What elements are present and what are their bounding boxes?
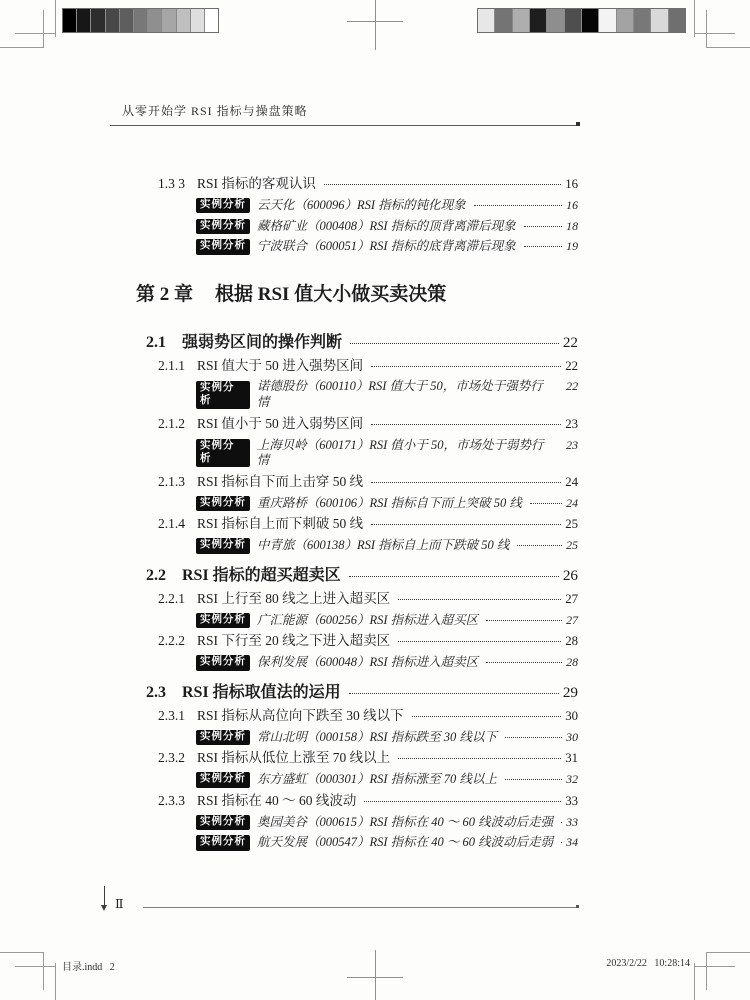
entry-title: 常山北明（000158）RSI 指标跌至 30 线以下 <box>257 730 497 746</box>
toc-entry: 实例分析藏格矿业（000408）RSI 指标的顶背离滞后现象18 <box>196 219 578 235</box>
entry-title: 广汇能源（600256）RSI 指标进入超买区 <box>257 613 478 629</box>
example-badge: 实例分析 <box>196 772 250 788</box>
color-swatch <box>134 9 148 32</box>
color-swatch <box>191 9 205 32</box>
entry-title: 上海贝岭（600171）RSI 值小于 50，市场处于弱势行情 <box>257 438 554 469</box>
entry-number: 2.2 <box>146 566 166 586</box>
slug-timestamp: 2023/2/22 10:28:14 <box>606 958 690 969</box>
entry-number: 2.1.2 <box>158 416 185 433</box>
footer-rule-end-dot <box>576 905 579 908</box>
dot-leader <box>371 482 561 483</box>
grayscale-gradient-bar <box>62 8 219 33</box>
down-arrow-icon <box>104 886 105 906</box>
toc-entry: 1.3 3RSI 指标的客观认识16 <box>158 176 578 193</box>
page-number: 33 <box>565 793 578 809</box>
entry-number: 2.1.3 <box>158 474 185 491</box>
color-swatch <box>106 9 120 32</box>
color-swatch <box>63 9 77 32</box>
entry-number: 1.3 3 <box>158 176 185 193</box>
color-swatch <box>120 9 134 32</box>
page-number: 30 <box>565 708 578 724</box>
dot-leader <box>561 822 562 823</box>
color-swatch <box>77 9 91 32</box>
entry-title: 诺德股份（600110）RSI 值大于 50，市场处于强势行情 <box>257 379 554 410</box>
entry-title: RSI 指标自下而上击穿 50 线 <box>197 474 363 491</box>
toc-entry: 实例分析常山北明（000158）RSI 指标跌至 30 线以下30 <box>196 730 578 746</box>
page-number: 16 <box>565 176 578 192</box>
dot-leader <box>398 641 561 642</box>
toc-entry: 实例分析保利发展（600048）RSI 指标进入超卖区28 <box>196 655 578 671</box>
entry-number: 2.3 <box>146 683 166 703</box>
entry-title: 藏格矿业（000408）RSI 指标的顶背离滞后现象 <box>257 219 516 235</box>
toc-entry: 2.2.2RSI 下行至 20 线之下进入超卖区28 <box>158 633 578 650</box>
color-swatch <box>530 9 547 32</box>
dot-leader <box>371 366 561 367</box>
entry-title: RSI 指标从高位向下跌至 30 线以下 <box>197 708 404 725</box>
page-number: 16 <box>566 198 578 213</box>
chapter-number: 第 2 章 <box>136 283 193 307</box>
entry-title: RSI 指标的超买超卖区 <box>182 566 341 586</box>
dot-leader <box>371 524 561 525</box>
dot-leader <box>349 576 559 577</box>
entry-title: RSI 指标自上而下刺破 50 线 <box>197 516 363 533</box>
color-swatch <box>162 9 176 32</box>
folio-page-number: Ⅱ <box>115 896 125 912</box>
page-number: 23 <box>565 416 578 432</box>
page-number: 23 <box>566 438 578 453</box>
page-number: 34 <box>566 835 578 850</box>
dot-leader <box>517 545 562 546</box>
dot-leader <box>486 662 562 663</box>
entry-title: 宁波联合（600051）RSI 指标的底背离滞后现象 <box>257 239 516 255</box>
color-swatch <box>177 9 191 32</box>
toc-entry: 实例分析重庆路桥（600106）RSI 指标自下而上突破 50 线24 <box>196 496 578 512</box>
example-badge: 实例分析 <box>196 219 250 235</box>
dot-leader <box>349 693 559 694</box>
color-swatch <box>205 9 218 32</box>
color-swatch <box>599 9 616 32</box>
example-badge: 实例分析 <box>196 439 250 467</box>
toc-entry: 2.2.1RSI 上行至 80 线之上进入超买区27 <box>158 591 578 608</box>
color-swatch <box>91 9 105 32</box>
toc-entry: 2.1.3RSI 指标自下而上击穿 50 线24 <box>158 474 578 491</box>
page-number: 19 <box>566 239 578 254</box>
entry-number: 2.1.4 <box>158 516 185 533</box>
toc-entry: 2.1.4RSI 指标自上而下刺破 50 线25 <box>158 516 578 533</box>
toc-entry: 实例分析宁波联合（600051）RSI 指标的底背离滞后现象19 <box>196 239 578 255</box>
dot-leader <box>364 801 561 802</box>
dot-leader <box>530 503 562 504</box>
example-badge: 实例分析 <box>196 496 250 512</box>
entry-title: RSI 指标取值法的运用 <box>182 683 341 703</box>
toc-entry: 2.3.3RSI 指标在 40 ～ 60 线波动33 <box>158 793 578 810</box>
dot-leader <box>474 205 562 206</box>
entry-number: 2.3.1 <box>158 708 185 725</box>
entry-title: RSI 上行至 80 线之上进入超买区 <box>197 591 390 608</box>
color-swatch <box>495 9 512 32</box>
dot-leader <box>324 184 561 185</box>
dot-leader <box>412 716 562 717</box>
dot-leader <box>524 226 562 227</box>
entry-title: RSI 下行至 20 线之下进入超卖区 <box>197 633 390 650</box>
toc-entry: 2.1.2RSI 值小于 50 进入弱势区间23 <box>158 416 578 433</box>
entry-number: 2.3.3 <box>158 793 185 810</box>
chapter-title: 根据 RSI 值大小做买卖决策 <box>215 283 446 307</box>
example-badge: 实例分析 <box>196 730 250 746</box>
footer-rule <box>143 907 578 908</box>
page-number: 27 <box>566 613 578 628</box>
page-number: 22 <box>566 379 578 394</box>
dot-leader <box>371 424 561 425</box>
entry-title: RSI 值大于 50 进入强势区间 <box>197 358 363 375</box>
entry-title: RSI 指标的客观认识 <box>197 176 316 193</box>
color-swatch <box>651 9 668 32</box>
toc-entry: 2.2RSI 指标的超买超卖区26 <box>146 566 578 586</box>
book-toc-page: 从零开始学 RSI 指标与操盘策略 1.3 3RSI 指标的客观认识16实例分析… <box>0 0 750 1000</box>
grayscale-patch-bar <box>477 8 686 33</box>
dot-leader <box>561 842 562 843</box>
toc-entry: 实例分析广汇能源（600256）RSI 指标进入超买区27 <box>196 613 578 629</box>
page-number: 28 <box>566 655 578 670</box>
dot-leader <box>398 758 561 759</box>
dot-leader <box>505 737 562 738</box>
header-rule-end-dot <box>576 122 580 126</box>
entry-title: 航天发展（000547）RSI 指标在 40 ～ 60 线波动后走弱 <box>257 835 553 851</box>
color-swatch <box>582 9 599 32</box>
page-number: 30 <box>566 730 578 745</box>
example-badge: 实例分析 <box>196 538 250 554</box>
toc-entry: 2.3.1RSI 指标从高位向下跌至 30 线以下30 <box>158 708 578 725</box>
color-swatch <box>669 9 685 32</box>
page-header: 从零开始学 RSI 指标与操盘策略 <box>110 102 578 126</box>
entry-title: 保利发展（600048）RSI 指标进入超卖区 <box>257 655 478 671</box>
toc-entry: 2.1.1RSI 值大于 50 进入强势区间22 <box>158 358 578 375</box>
color-swatch <box>634 9 651 32</box>
entry-title: RSI 指标在 40 ～ 60 线波动 <box>197 793 356 810</box>
example-badge: 实例分析 <box>196 815 250 831</box>
entry-number: 2.2.1 <box>158 591 185 608</box>
entry-number: 2.3.2 <box>158 750 185 767</box>
page-number: 31 <box>565 750 578 766</box>
entry-number: 2.1.1 <box>158 358 185 375</box>
page-number: 27 <box>565 591 578 607</box>
entry-title: 重庆路桥（600106）RSI 指标自下而上突破 50 线 <box>257 496 522 512</box>
chapter-heading: 第 2 章根据 RSI 值大小做买卖决策 <box>136 283 578 307</box>
page-number: 24 <box>566 496 578 511</box>
toc-entry: 实例分析上海贝岭（600171）RSI 值小于 50，市场处于弱势行情23 <box>196 438 578 469</box>
color-swatch <box>547 9 564 32</box>
example-badge: 实例分析 <box>196 835 250 851</box>
color-swatch <box>478 9 495 32</box>
slug-filename: 目录.indd 2 <box>62 958 115 973</box>
page-number: 25 <box>565 516 578 532</box>
toc-entry: 实例分析奥园美谷（000615）RSI 指标在 40 ～ 60 线波动后走强33 <box>196 815 578 831</box>
page-number: 26 <box>563 566 578 585</box>
page-number: 18 <box>566 219 578 234</box>
page-number: 33 <box>566 815 578 830</box>
page-number: 28 <box>565 633 578 649</box>
entry-number: 2.1 <box>146 333 166 353</box>
toc-entry: 实例分析云天化（600096）RSI 指标的钝化现象16 <box>196 198 578 214</box>
entry-title: RSI 指标从低位上涨至 70 线以上 <box>197 750 390 767</box>
color-swatch <box>617 9 634 32</box>
toc-entries: 1.3 3RSI 指标的客观认识16实例分析云天化（600096）RSI 指标的… <box>146 176 578 856</box>
toc-entry: 实例分析中青旅（600138）RSI 指标自上而下跌破 50 线25 <box>196 538 578 554</box>
example-badge: 实例分析 <box>196 613 250 629</box>
toc-entry: 2.3RSI 指标取值法的运用29 <box>146 683 578 703</box>
example-badge: 实例分析 <box>196 381 250 409</box>
dot-leader <box>486 620 562 621</box>
entry-title: 强弱势区间的操作判断 <box>182 333 342 353</box>
dot-leader <box>350 343 559 344</box>
toc-entry: 实例分析东方盛虹（000301）RSI 指标涨至 70 线以上32 <box>196 772 578 788</box>
example-badge: 实例分析 <box>196 655 250 671</box>
color-swatch <box>513 9 530 32</box>
entry-title: RSI 值小于 50 进入弱势区间 <box>197 416 363 433</box>
running-head-title: 从零开始学 RSI 指标与操盘策略 <box>110 102 578 119</box>
page-number: 32 <box>566 772 578 787</box>
down-arrow-head-icon <box>101 905 107 914</box>
page-number: 24 <box>565 474 578 490</box>
example-badge: 实例分析 <box>196 198 250 214</box>
dot-leader <box>524 246 562 247</box>
color-swatch <box>565 9 582 32</box>
entry-number: 2.2.2 <box>158 633 185 650</box>
toc-entry: 实例分析航天发展（000547）RSI 指标在 40 ～ 60 线波动后走弱34 <box>196 835 578 851</box>
toc-entry: 2.3.2RSI 指标从低位上涨至 70 线以上31 <box>158 750 578 767</box>
example-badge: 实例分析 <box>196 239 250 255</box>
entry-title: 奥园美谷（000615）RSI 指标在 40 ～ 60 线波动后走强 <box>257 815 553 831</box>
entry-title: 东方盛虹（000301）RSI 指标涨至 70 线以上 <box>257 772 497 788</box>
header-rule <box>110 125 578 126</box>
entry-title: 云天化（600096）RSI 指标的钝化现象 <box>257 198 466 214</box>
toc-entry: 2.1强弱势区间的操作判断22 <box>146 333 578 353</box>
page-number: 29 <box>563 683 578 702</box>
page-number: 22 <box>563 333 578 352</box>
entry-title: 中青旅（600138）RSI 指标自上而下跌破 50 线 <box>257 538 509 554</box>
toc-entry: 实例分析诺德股份（600110）RSI 值大于 50，市场处于强势行情22 <box>196 379 578 410</box>
dot-leader <box>505 779 562 780</box>
page-number: 22 <box>565 358 578 374</box>
color-swatch <box>148 9 162 32</box>
page-number: 25 <box>566 538 578 553</box>
dot-leader <box>398 599 561 600</box>
